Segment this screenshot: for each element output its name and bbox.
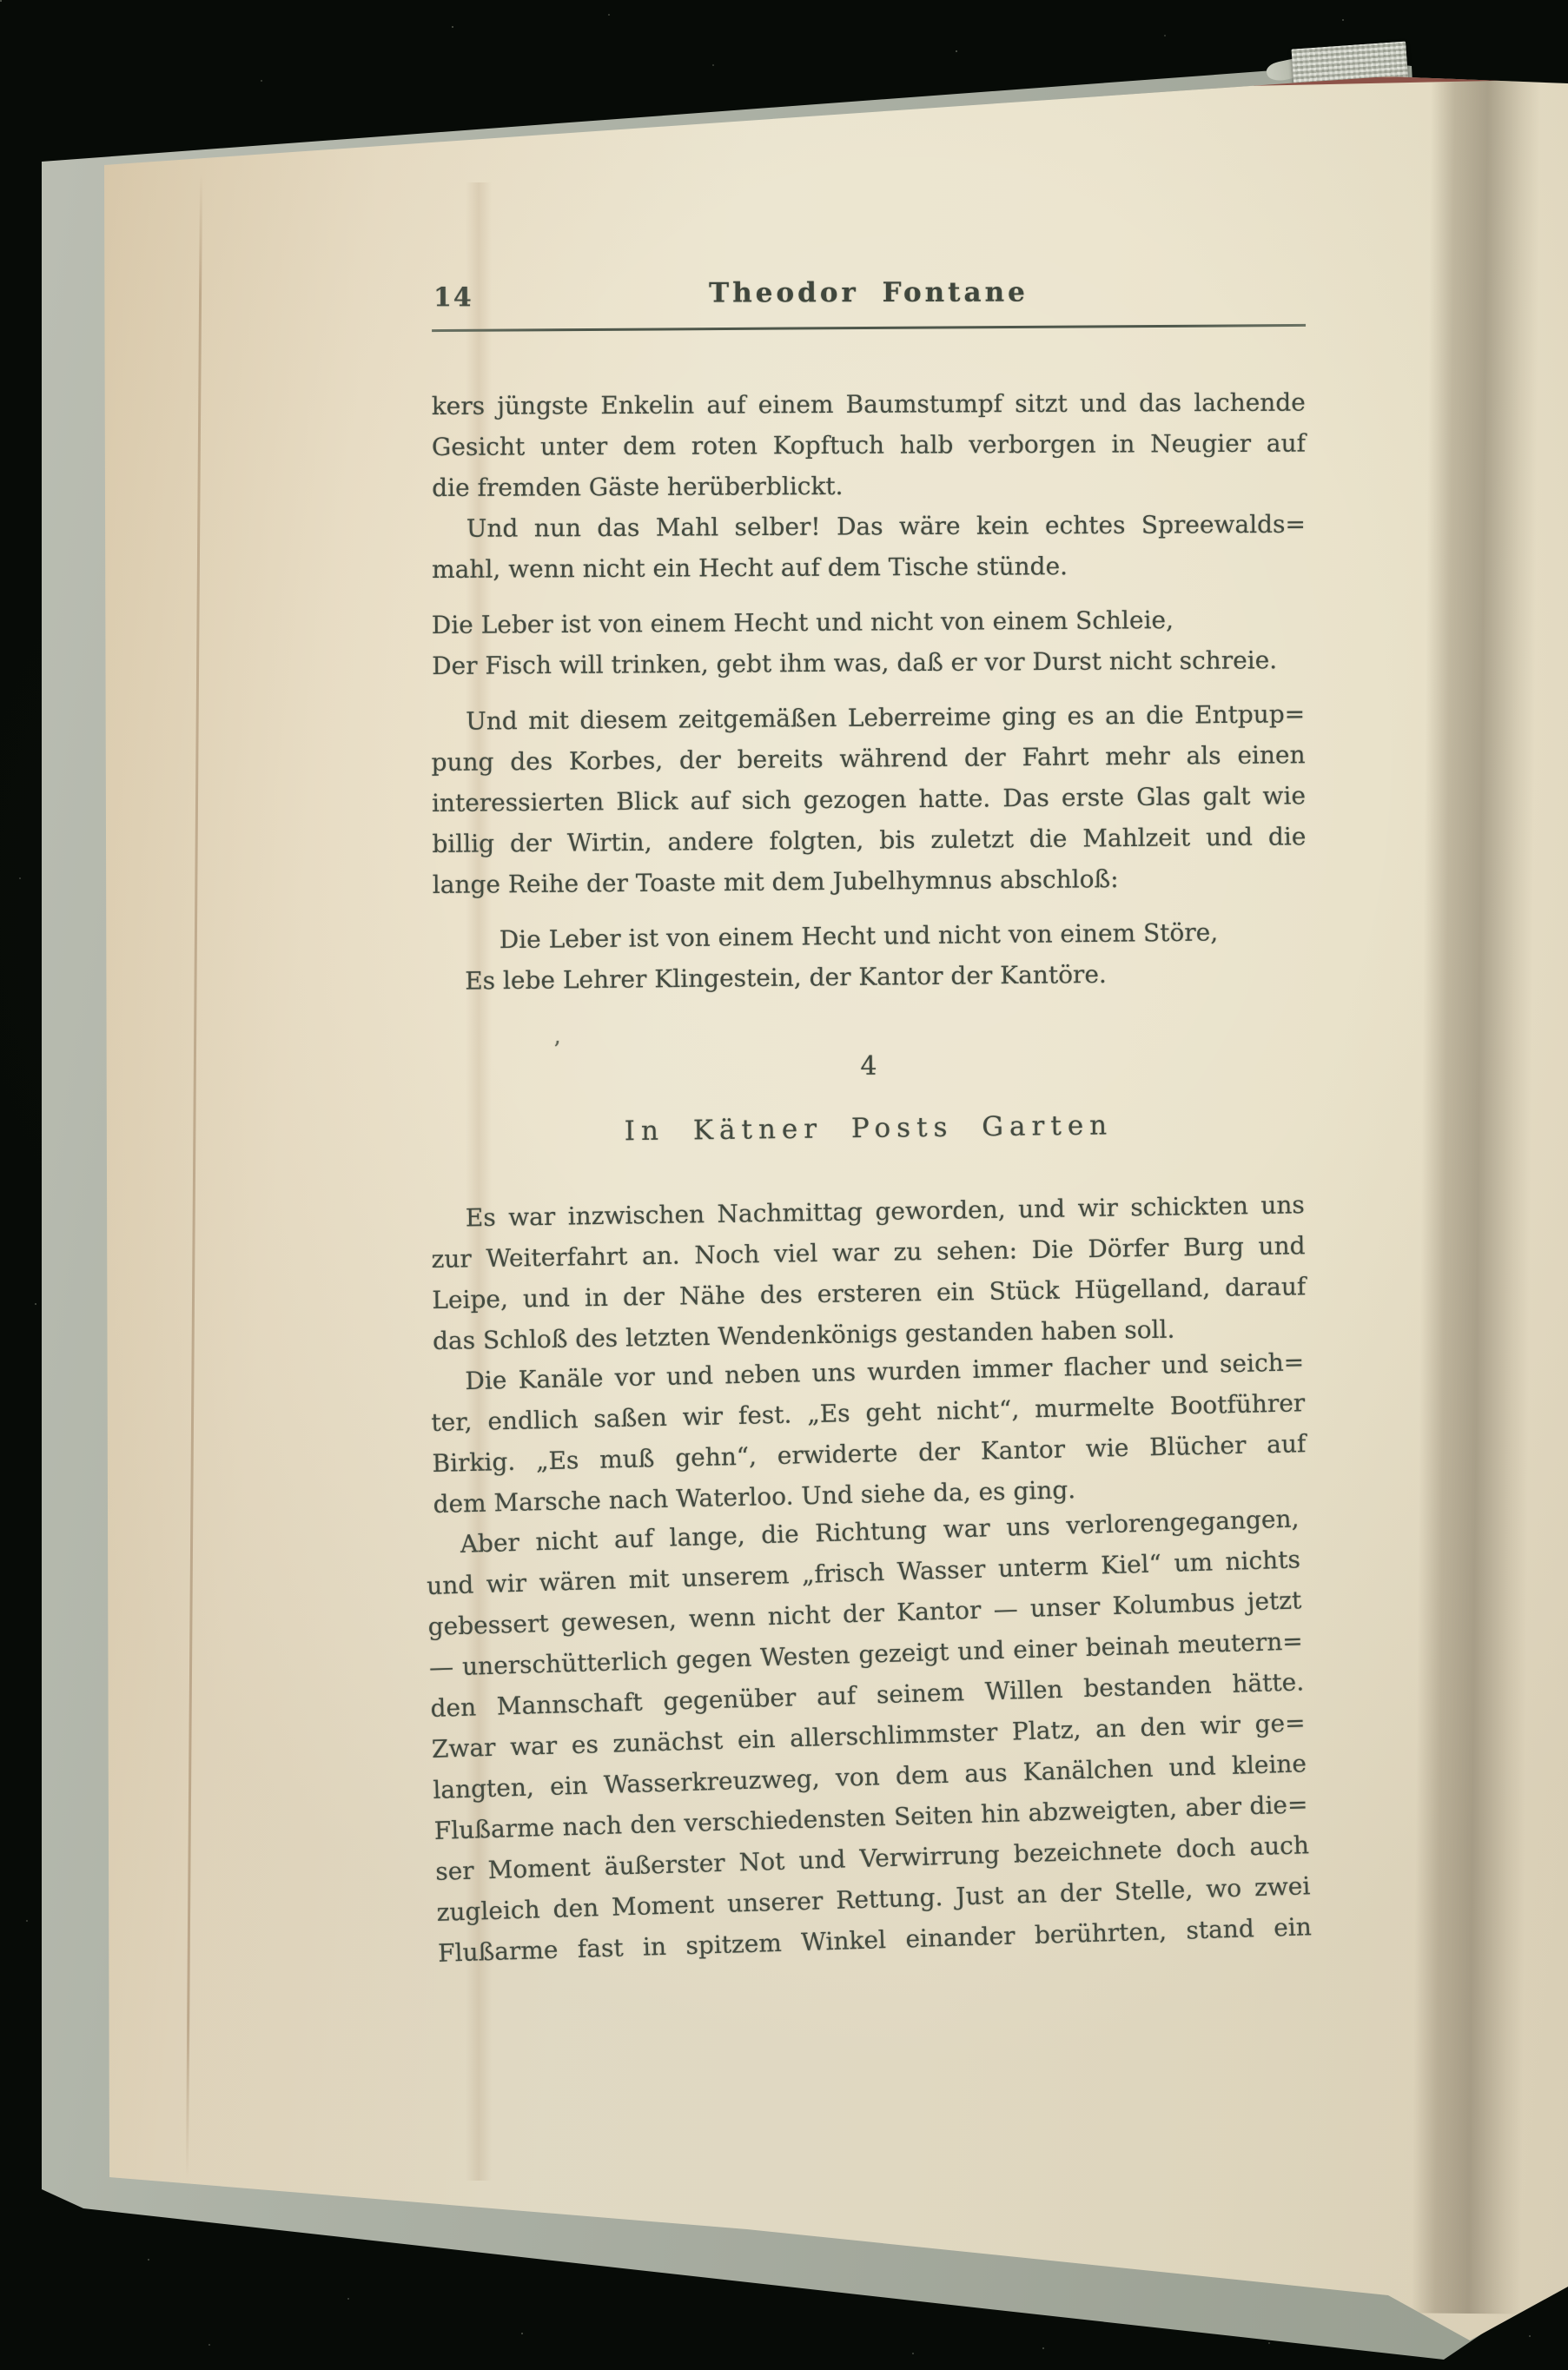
- text-line: die fremden Gäste herüberblickt.: [432, 464, 1306, 508]
- text-line: Es lebe Lehrer Klingestein, der Kantor d…: [432, 951, 1306, 1002]
- gutter-shadow: [1412, 76, 1540, 2314]
- stray-mark: ’: [553, 1030, 560, 1071]
- book-page: 14 Theodor Fontane kers jüngste Enkelin …: [432, 259, 1306, 1974]
- section-title: In Kätner Posts Garten: [432, 1103, 1306, 1155]
- text-line: Und nun das Mahl selber! Das wäre kein e…: [432, 504, 1306, 549]
- text-line: kers jüngste Enkelin auf einem Baumstump…: [432, 382, 1306, 427]
- text-line: Gesicht unter dem roten Kopftuch halb ve…: [432, 423, 1306, 467]
- paragraph: Es war inzwischen Nachmittag geworden, u…: [431, 1184, 1307, 1361]
- text-body: kers jüngste Enkelin auf einem Baumstump…: [432, 386, 1306, 1974]
- paragraph: Und nun das Mahl selber! Das wäre kein e…: [432, 504, 1306, 590]
- text-line: lange Reihe der Toaste mit dem Jubelhymn…: [433, 857, 1307, 905]
- verse: Die Leber ist von einem Hecht und nicht …: [432, 599, 1307, 686]
- photo-backdrop: 14 Theodor Fontane kers jüngste Enkelin …: [0, 0, 1568, 2370]
- header-rule: [432, 324, 1306, 332]
- text-line: billig der Wirtin, andere folgten, bis z…: [432, 816, 1306, 864]
- text-line: Der Fisch will trinken, gebt ihm was, da…: [432, 639, 1306, 686]
- verse: Die Leber ist von einem Hecht und nicht …: [432, 910, 1307, 1002]
- text-line: 4: [432, 1041, 1306, 1091]
- page-number: 14: [433, 277, 473, 318]
- section-number: 4: [432, 1041, 1306, 1091]
- paragraph: kers jüngste Enkelin auf einem Baumstump…: [432, 382, 1307, 508]
- paragraph: Die Kanäle vor und neben uns wurden imme…: [430, 1341, 1307, 1525]
- running-header: Theodor Fontane: [432, 258, 1306, 315]
- paragraph: Und mit diesem zeitgemäßen Leberreime gi…: [431, 693, 1307, 905]
- dust-specks: [0, 0, 2, 2]
- page-header: 14 Theodor Fontane: [432, 258, 1306, 348]
- text-line: Die Leber ist von einem Hecht und nicht …: [432, 599, 1306, 645]
- paragraph: Aber nicht auf lange, die Richtung war u…: [425, 1498, 1312, 1973]
- text-line: mahl, wenn nicht ein Hecht auf dem Tisch…: [432, 545, 1306, 590]
- text-line: In Kätner Posts Garten: [432, 1103, 1306, 1155]
